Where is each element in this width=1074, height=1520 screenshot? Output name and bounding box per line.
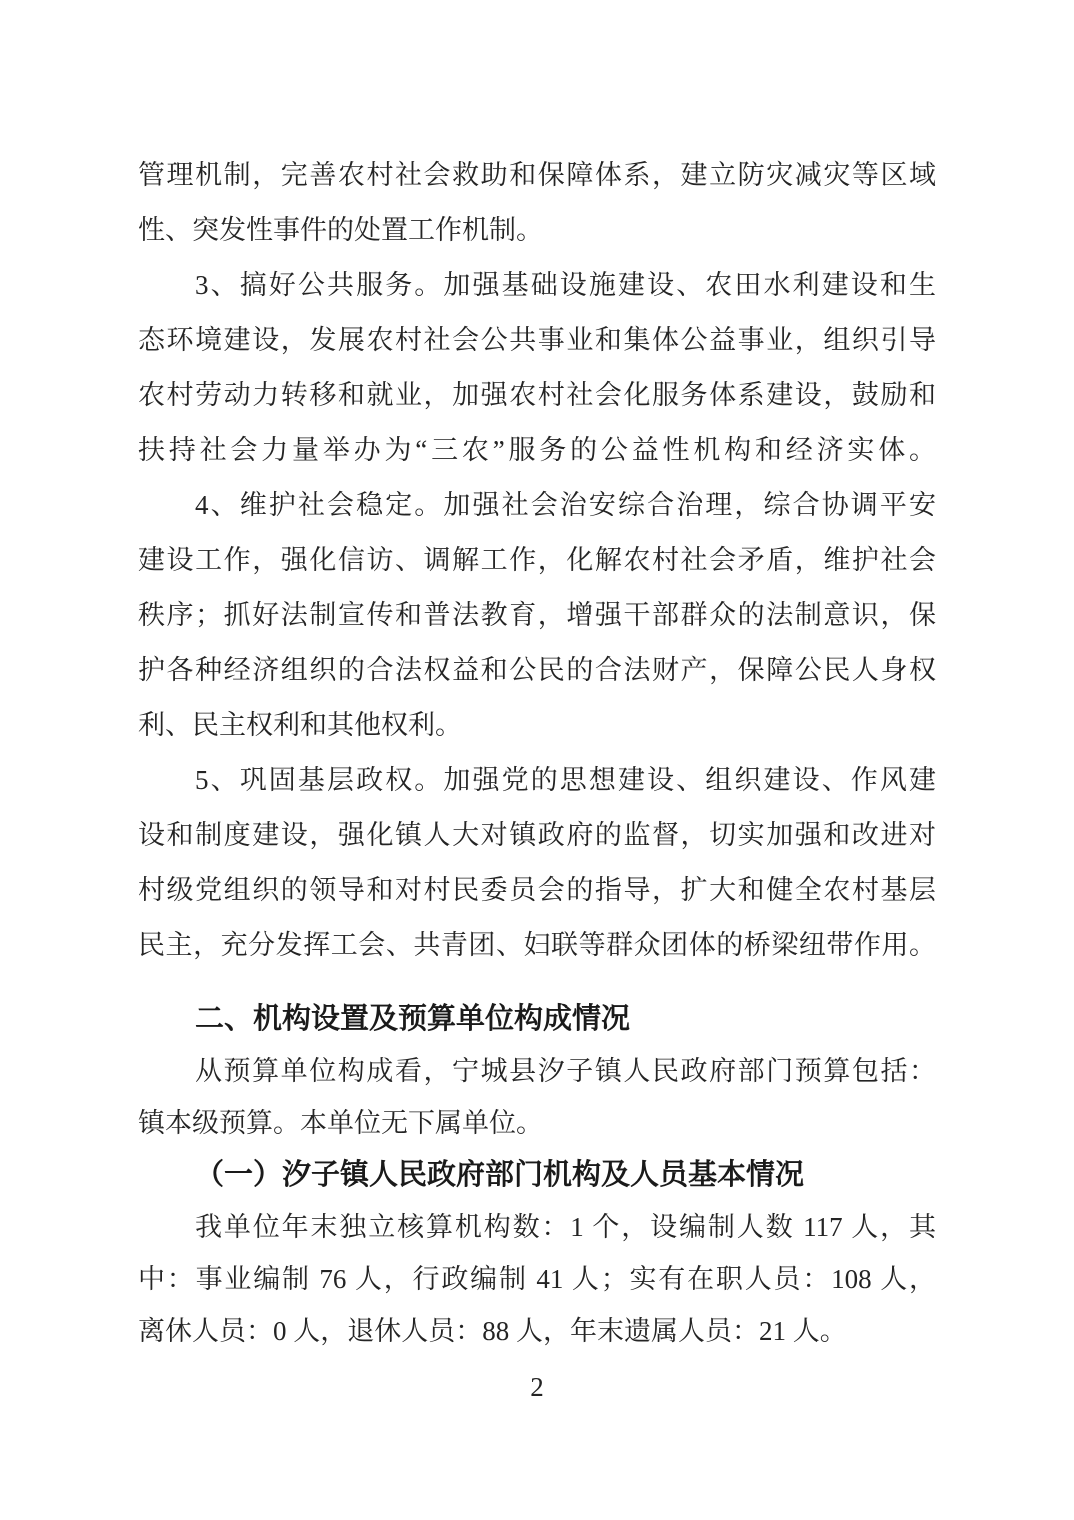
document-body: 管理机制，完善农村社会救助和保障体系，建立防灾减灾等区域 性、突发性事件的处置工… — [138, 148, 936, 1357]
paragraph-line: 建设工作，强化信访、调解工作，化解农村社会矛盾，维护社会 — [138, 533, 936, 588]
paragraph-line: 秩序；抓好法制宣传和普法教育，增强干部群众的法制意识，保 — [138, 588, 936, 643]
paragraph-line: 4、维护社会稳定。加强社会治安综合治理，综合协调平安 — [138, 478, 936, 533]
subsection-heading: （一）汐子镇人民政府部门机构及人员基本情况 — [138, 1149, 936, 1201]
paragraph-line: 我单位年末独立核算机构数：1 个，设编制人数 117 人，其 — [138, 1201, 936, 1253]
paragraph-line: 中：事业编制 76 人，行政编制 41 人；实有在职人员：108 人， — [138, 1253, 936, 1305]
document-page: 管理机制，完善农村社会救助和保障体系，建立防灾减灾等区域 性、突发性事件的处置工… — [0, 0, 1074, 1520]
paragraph-line: 管理机制，完善农村社会救助和保障体系，建立防灾减灾等区域 — [138, 148, 936, 203]
paragraph-line: 农村劳动力转移和就业，加强农村社会化服务体系建设，鼓励和 — [138, 368, 936, 423]
organization-section: 二、机构设置及预算单位构成情况 从预算单位构成看，宁城县汐子镇人民政府部门预算包… — [138, 993, 936, 1357]
paragraph-line: 民主，充分发挥工会、共青团、妇联等群众团体的桥梁纽带作用。 — [138, 918, 936, 973]
section-heading: 二、机构设置及预算单位构成情况 — [138, 993, 936, 1045]
paragraph-line: 3、搞好公共服务。加强基础设施建设、农田水利建设和生 — [138, 258, 936, 313]
paragraph-line: 村级党组织的领导和对村民委员会的指导，扩大和健全农村基层 — [138, 863, 936, 918]
page-number: 2 — [0, 1372, 1074, 1403]
paragraph-line: 性、突发性事件的处置工作机制。 — [138, 203, 936, 258]
paragraph-line: 护各种经济组织的合法权益和公民的合法财产，保障公民人身权 — [138, 643, 936, 698]
paragraph-line: 态环境建设，发展农村社会公共事业和集体公益事业，组织引导 — [138, 313, 936, 368]
paragraph-line: 利、民主权利和其他权利。 — [138, 698, 936, 753]
paragraph-line: 设和制度建设，强化镇人大对镇政府的监督，切实加强和改进对 — [138, 808, 936, 863]
paragraph-line: 镇本级预算。本单位无下属单位。 — [138, 1097, 936, 1149]
paragraph-line: 离休人员：0 人，退休人员：88 人，年末遗属人员：21 人。 — [138, 1305, 936, 1357]
paragraph-line: 从预算单位构成看，宁城县汐子镇人民政府部门预算包括： — [138, 1045, 936, 1097]
paragraph-line: 扶持社会力量举办为“三农”服务的公益性机构和经济实体。 — [138, 423, 936, 478]
paragraph-line: 5、巩固基层政权。加强党的思想建设、组织建设、作风建 — [138, 753, 936, 808]
